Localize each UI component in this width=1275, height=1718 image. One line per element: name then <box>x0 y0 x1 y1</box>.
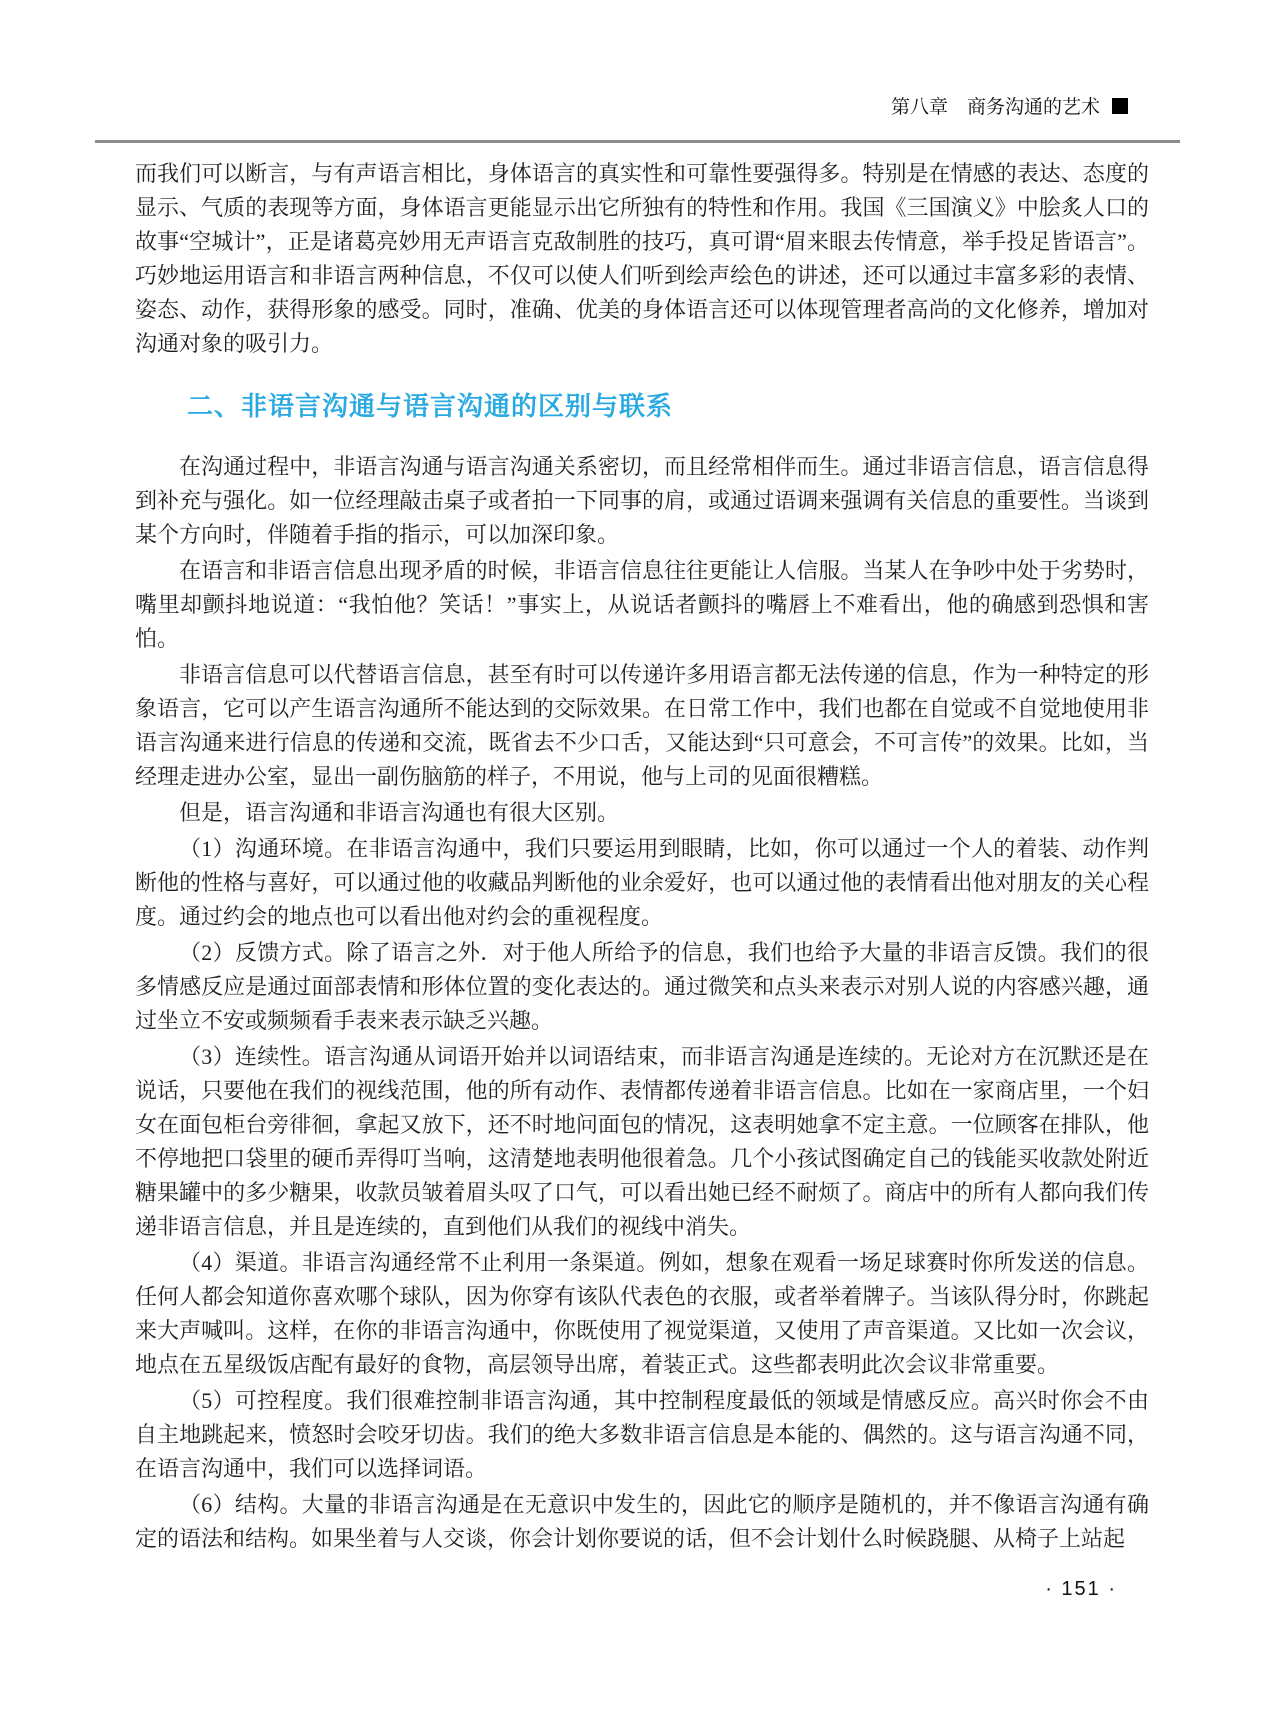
body-paragraph-opening: 而我们可以断言，与有声语言相比，身体语言的真实性和可靠性要强得多。特别是在情感的… <box>135 157 1149 361</box>
section-heading: 二、非语言沟通与语言沟通的区别与联系 <box>135 392 1149 420</box>
page-header: 第八章商务沟通的艺术 <box>95 96 1180 120</box>
page-number: · 151 · <box>1045 1578 1117 1601</box>
page-content: 而我们可以断言，与有声语言相比，身体语言的真实性和可靠性要强得多。特别是在情感的… <box>135 157 1149 1558</box>
body-paragraph: 在语言和非语言信息出现矛盾的时候，非语言信息往往更能让人信服。当某人在争吵中处于… <box>135 554 1149 656</box>
header-section-title: 商务沟通的艺术 <box>967 97 1100 118</box>
body-paragraph-list-item-1: （1）沟通环境。在非语言沟通中，我们只要运用到眼睛，比如，你可以通过一个人的着装… <box>135 832 1149 934</box>
body-paragraph-list-item-3: （3）连续性。语言沟通从词语开始并以词语结束，而非语言沟通是连续的。无论对方在沉… <box>135 1040 1149 1244</box>
body-paragraph-list-item-2: （2）反馈方式。除了语言之外．对于他人所给予的信息，我们也给予大量的非语言反馈。… <box>135 936 1149 1038</box>
book-page: 第八章商务沟通的艺术 而我们可以断言，与有声语言相比，身体语言的真实性和可靠性要… <box>0 0 1275 1718</box>
body-paragraph: 但是，语言沟通和非语言沟通也有很大区别。 <box>135 796 1149 830</box>
header-rule <box>95 140 1180 143</box>
body-paragraph: 非语言信息可以代替语言信息，甚至有时可以传递许多用语言都无法传递的信息，作为一种… <box>135 658 1149 794</box>
body-paragraph-list-item-6: （6）结构。大量的非语言沟通是在无意识中发生的，因此它的顺序是随机的，并不像语言… <box>135 1488 1149 1556</box>
body-paragraph: 在沟通过程中，非语言沟通与语言沟通关系密切，而且经常相伴而生。通过非语言信息，语… <box>135 450 1149 552</box>
body-paragraph-list-item-5: （5）可控程度。我们很难控制非语言沟通，其中控制程度最低的领域是情感反应。高兴时… <box>135 1384 1149 1486</box>
header-chapter-label: 第八章 <box>891 97 948 118</box>
filled-square-icon <box>1112 98 1128 114</box>
body-paragraph-list-item-4: （4）渠道。非语言沟通经常不止利用一条渠道。例如，想象在观看一场足球赛时你所发送… <box>135 1246 1149 1382</box>
